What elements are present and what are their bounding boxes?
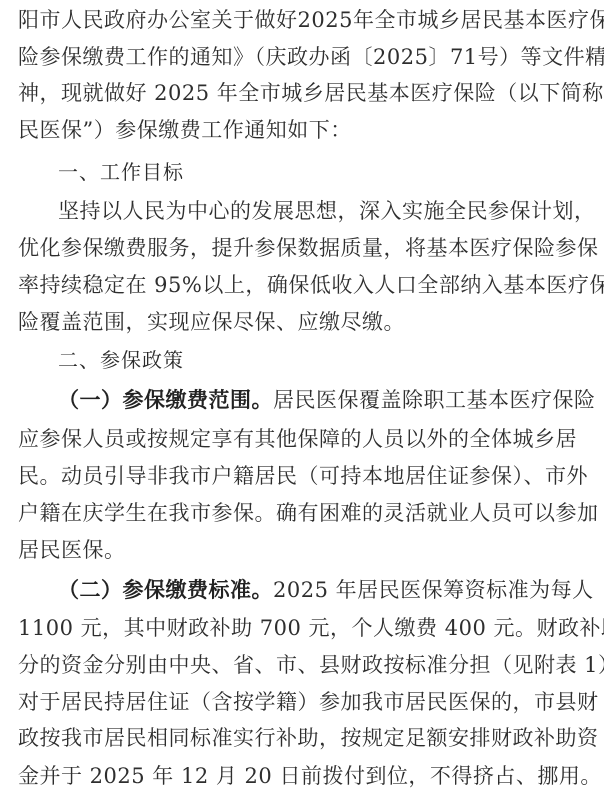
subsection-title-scope: （一）参保缴费范围。 — [58, 387, 273, 412]
section-heading-insurance-policy: 二、参保政策 — [58, 341, 574, 379]
body-line: 民医保”）参保缴费工作通知如下： — [18, 111, 574, 149]
subsection-paragraph-2-first-line: （二）参保缴费标准。2025 年居民医保筹资标准为每人 — [58, 571, 574, 609]
body-line: 分的资金分别由中央、省、市、县财政按标准分担（见附表 1）。 — [18, 646, 574, 684]
body-line: 户籍在庆学生在我市参保。确有困难的灵活就业人员可以参加 — [18, 494, 574, 532]
body-line: 对于居民持居住证（含按学籍）参加我市居民医保的，市县财 — [18, 683, 574, 721]
body-line: 神，现就做好 2025 年全市城乡居民基本医疗保险（以下简称“居 — [18, 74, 574, 112]
subsection-title-standard: （二）参保缴费标准。 — [58, 577, 273, 602]
subsection-paragraph-1-first-line: （一）参保缴费范围。居民医保覆盖除职工基本医疗保险 — [58, 381, 574, 419]
body-line: 民。动员引导非我市户籍居民（可持本地居住证参保）、市外 — [18, 457, 574, 495]
body-line: 险参保缴费工作的通知》（庆政办函〔2025〕71号）等文件精 — [18, 38, 574, 76]
body-line: 险覆盖范围，实现应保尽保、应缴尽缴。 — [18, 303, 574, 341]
document-page: 阳市人民政府办公室关于做好2025年全市城乡居民基本医疗保 险参保缴费工作的通知… — [0, 0, 604, 798]
body-line: 金并于 2025 年 12 月 20 日前拨付到位，不得挤占、挪用。 — [18, 757, 574, 795]
body-line: 坚持以人民为中心的发展思想，深入实施全民参保计划， — [58, 192, 574, 230]
body-line: 阳市人民政府办公室关于做好2025年全市城乡居民基本医疗保 — [18, 1, 574, 39]
body-text: 居民医保覆盖除职工基本医疗保险 — [273, 388, 596, 412]
body-line: 1100 元，其中财政补助 700 元，个人缴费 400 元。财政补助部 — [18, 609, 574, 647]
body-text: 2025 年居民医保筹资标准为每人 — [273, 578, 594, 602]
body-line: 应参保人员或按规定享有其他保障的人员以外的全体城乡居 — [18, 420, 574, 458]
section-heading-work-goals: 一、工作目标 — [58, 153, 574, 191]
body-line: 优化参保缴费服务，提升参保数据质量，将基本医疗保险参保 — [18, 229, 574, 267]
body-line: 居民医保。 — [18, 531, 574, 569]
body-line: 率持续稳定在 95%以上，确保低收入人口全部纳入基本医疗保 — [18, 266, 574, 304]
body-line: 政按我市居民相同标准实行补助，按规定足额安排财政补助资 — [18, 719, 574, 757]
